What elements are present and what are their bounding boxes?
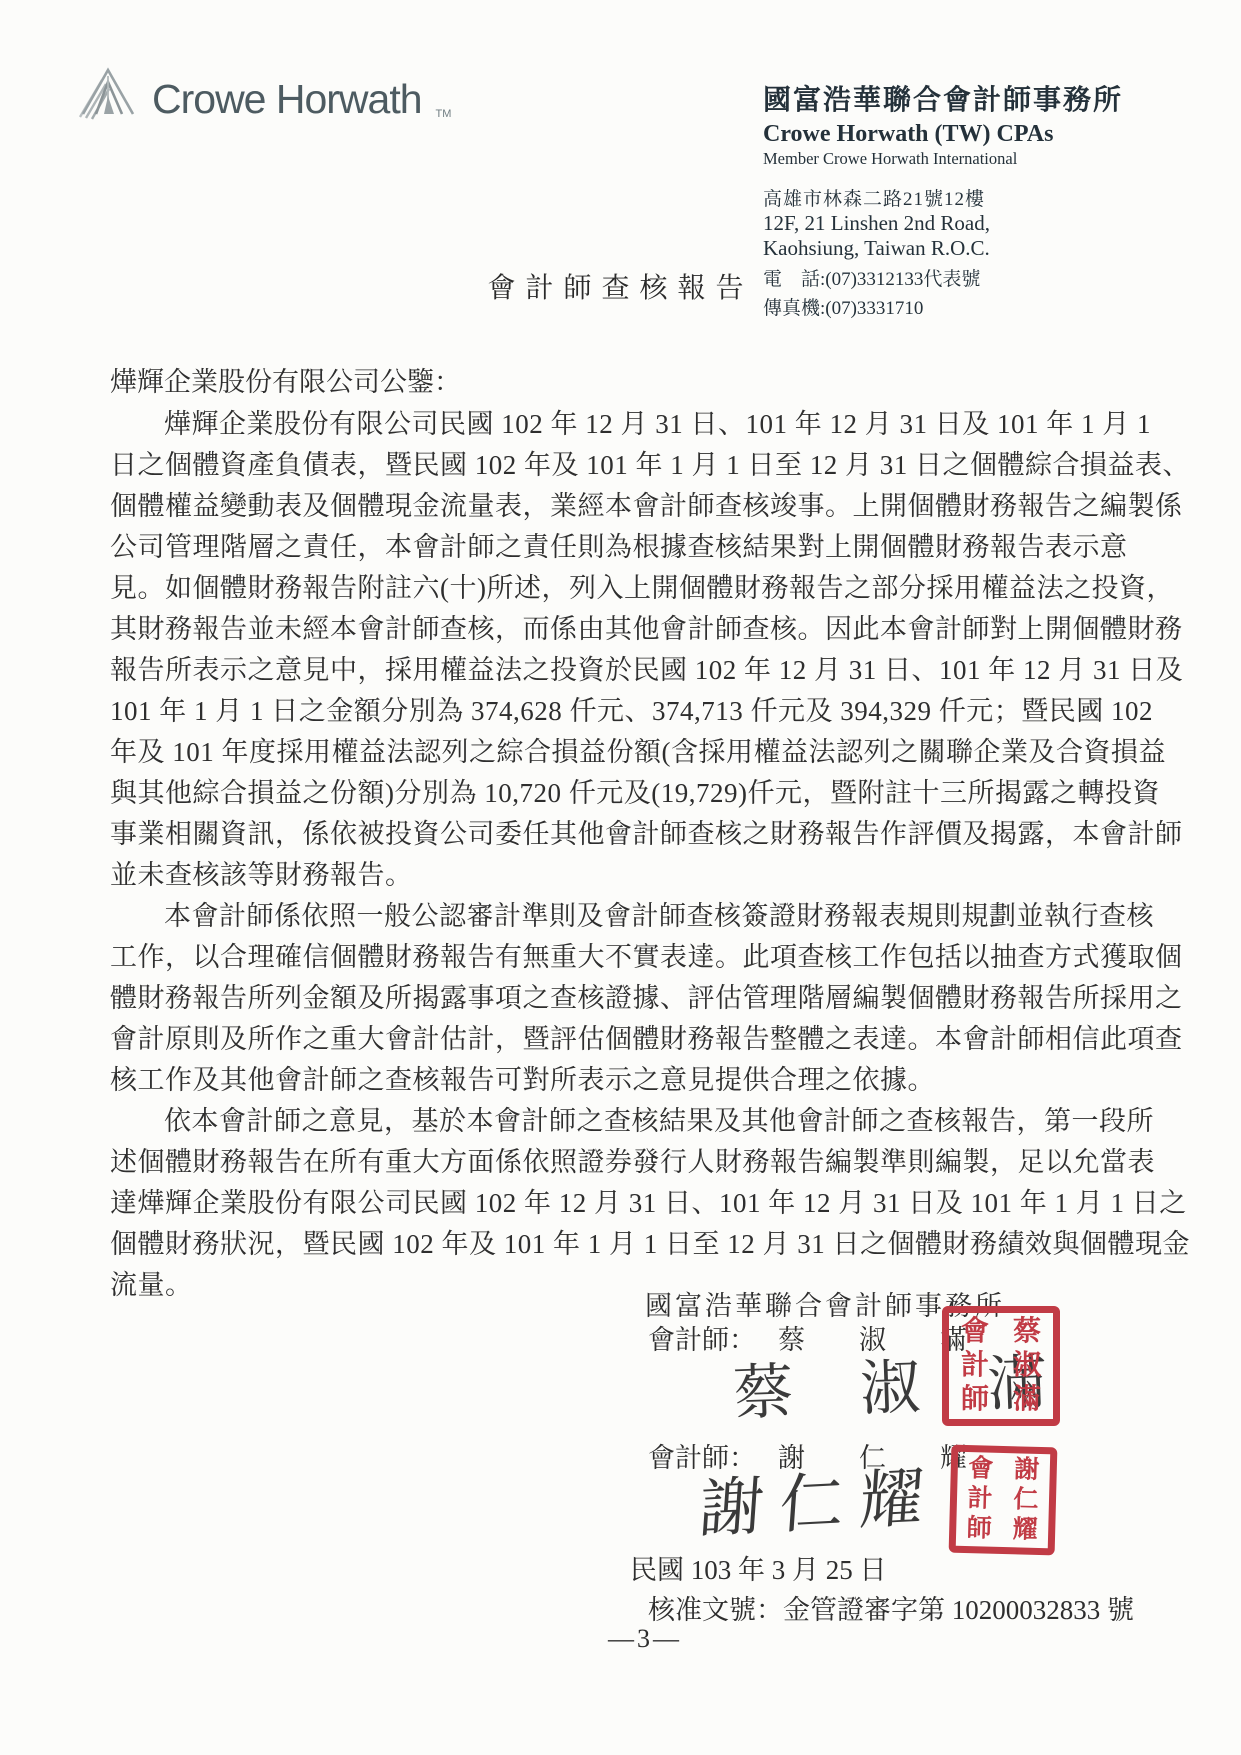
accountant-2-autograph: 謝仁耀 [697,1445,943,1550]
firm-name-chinese: 國富浩華聯合會計師事務所 [763,78,1203,118]
body-line: 個體權益變動表及個體現金流量表，業經本會計師查核竣事。上開個體財務報告之編製係 [110,486,1145,527]
cpa-seal-1: 會計師 蔡淑滿 [942,1306,1060,1426]
audit-report-page: Crowe Horwath TM 國富浩華聯合會計師事務所 Crowe Horw… [0,0,1241,1755]
body-line: 公司管理階層之責任，本會計師之責任則為根據查核結果對上開個體財務報告表示意 [110,527,1145,568]
body-line: 見。如個體財務報告附註六(十)所述，列入上開個體財務報告之部分採用權益法之投資， [110,568,1145,609]
report-title: 會計師查核報告 [0,266,1241,306]
body-line: 述個體財務報告在所有重大方面係依照證券發行人財務報告編製準則編製，足以允當表 [110,1142,1145,1183]
membership-line: Member Crowe Horwath International [763,149,1203,169]
trademark-mark: TM [436,109,452,120]
body-line: 並未查核該等財務報告。 [110,855,1145,896]
address-english-line2: Kaohsiung, Taiwan R.O.C. [763,236,1203,261]
salutation-line: 燁輝企業股份有限公司公鑒： [110,360,461,399]
seal-title-column: 會計師 [949,1313,1001,1419]
mountain-logo-icon [76,62,140,120]
firm-name-english: Crowe Horwath (TW) CPAs [763,121,1203,148]
page-number: —3— [608,1624,682,1654]
body-paragraphs: 燁輝企業股份有限公司民國 102 年 12 月 31 日、101 年 12 月 … [110,404,1145,1306]
body-line: 日之個體資產負債表，暨民國 102 年及 101 年 1 月 1 日至 12 月… [110,445,1145,486]
body-line: 事業相關資訊，係依被投資公司委任其他會計師查核之財務報告作評價及揭露，本會計師 [110,814,1145,855]
body-line: 核工作及其他會計師之查核報告可對所表示之意見提供合理之依據。 [110,1060,1145,1101]
address-chinese: 高雄市林森二路21號12樓 [763,184,1203,211]
body-line: 燁輝企業股份有限公司民國 102 年 12 月 31 日、101 年 12 月 … [110,404,1145,445]
body-line: 體財務報告所列金額及所揭露事項之查核證據、評估管理階層編製個體財務報告所採用之 [110,978,1145,1019]
body-line: 個體財務狀況，暨民國 102 年及 101 年 1 月 1 日至 12 月 31… [110,1224,1145,1265]
logo-brand-text: Crowe Horwath [152,79,422,120]
cpa-seal-2: 會計師 謝仁耀 [949,1445,1058,1556]
body-line: 達燁輝企業股份有限公司民國 102 年 12 月 31 日、101 年 12 月… [110,1183,1145,1224]
approval-number-line: 核准文號：金管證審字第 10200032833 號 [648,1588,1134,1627]
body-line: 年及 101 年度採用權益法認列之綜合損益份額(含採用權益法認列之關聯企業及合資… [110,732,1145,773]
address-english-line1: 12F, 21 Linshen 2nd Road, [763,211,1203,236]
crowe-horwath-logo: Crowe Horwath TM [76,62,451,120]
body-line: 報告所表示之意見中，採用權益法之投資於民國 102 年 12 月 31 日、10… [110,650,1145,691]
report-date: 民國 103 年 3 月 25 日 [630,1548,887,1587]
body-line: 其財務報告並未經本會計師查核，而係由其他會計師查核。因此本會計師對上開個體財務 [110,609,1145,650]
seal-title-column: 會計師 [956,1452,1004,1547]
body-line: 工作，以合理確信個體財務報告有無重大不實表達。此項查核工作包括以抽查方式獲取個 [110,937,1145,978]
body-line: 會計原則及所作之重大會計估計，暨評估個體財務報告整體之表達。本會計師相信此項查 [110,1019,1145,1060]
seal-name-column: 謝仁耀 [1002,1453,1050,1548]
body-line: 依本會計師之意見，基於本會計師之查核結果及其他會計師之查核報告，第一段所 [110,1101,1145,1142]
body-line: 101 年 1 月 1 日之金額分別為 374,628 仟元、374,713 仟… [110,691,1145,732]
body-line: 本會計師係依照一般公認審計準則及會計師查核簽證財務報表規則規劃並執行查核 [110,896,1145,937]
body-line: 與其他綜合損益之份額)分別為 10,720 仟元及(19,729)仟元，暨附註十… [110,773,1145,814]
seal-name-column: 蔡淑滿 [1001,1313,1053,1419]
